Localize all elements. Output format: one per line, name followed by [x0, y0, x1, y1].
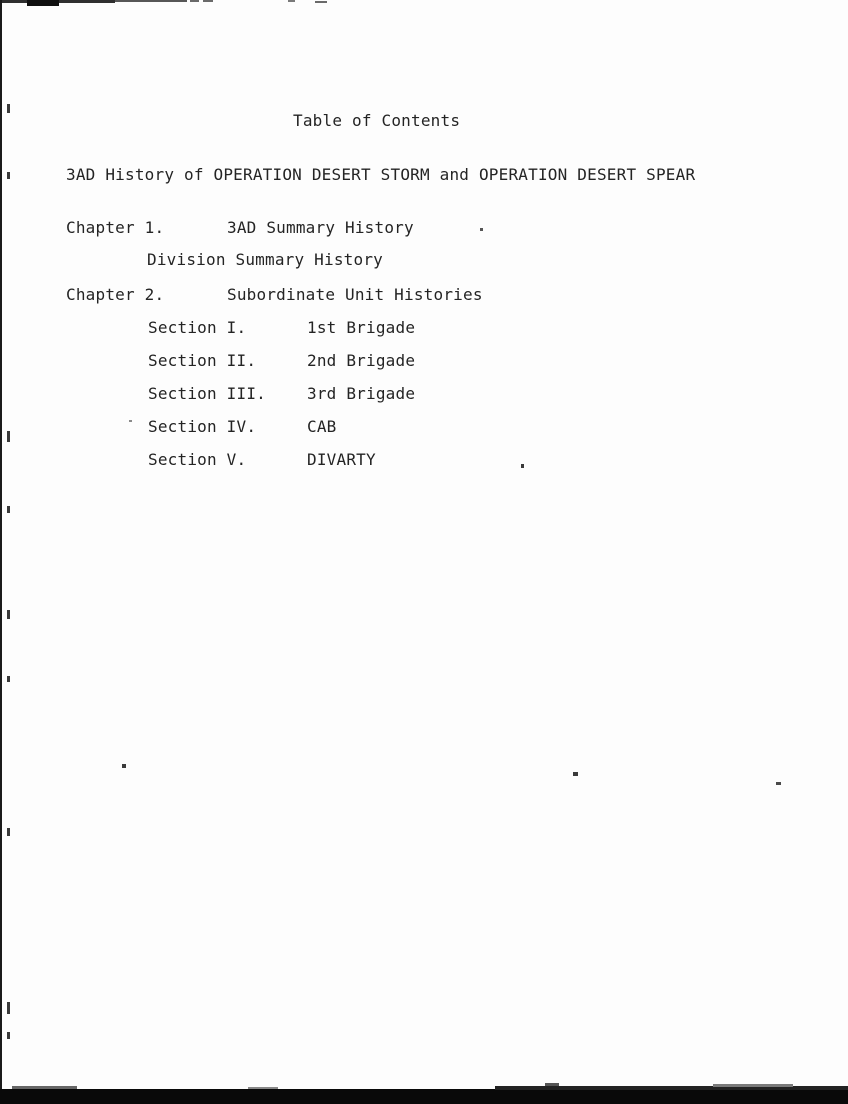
toc-entry-title: 1st Brigade: [307, 318, 415, 337]
toc-row-section-2: Section II. 2nd Brigade: [0, 351, 848, 371]
toc-entry-label: Section III.: [148, 384, 266, 403]
scan-edge-top-dash: [190, 0, 199, 2]
toc-entry-label: Section I.: [148, 318, 246, 337]
scan-edge-tick: [7, 1032, 10, 1039]
scan-edge-tick: [7, 431, 10, 442]
toc-row-division-summary: Division Summary History: [0, 250, 848, 270]
scan-edge-top-dash: [203, 0, 213, 2]
toc-entry-title: DIVARTY: [307, 450, 376, 469]
toc-entry-title: CAB: [307, 417, 337, 436]
scan-edge-bottom-shadow: [545, 1083, 559, 1086]
scan-edge-bottom: [0, 1089, 848, 1104]
toc-entry-title: Subordinate Unit Histories: [227, 285, 483, 304]
scan-edge-tick: [7, 610, 10, 619]
toc-row-section-3: Section III. 3rd Brigade: [0, 384, 848, 404]
scan-edge-bottom-shadow: [12, 1086, 77, 1089]
scan-edge-bottom: [495, 1086, 848, 1090]
toc-entry-label: Chapter 2.: [66, 285, 164, 304]
ink-speck: [521, 464, 524, 468]
page-title: Table of Contents: [293, 112, 460, 130]
scan-edge-tick: [7, 506, 10, 513]
scan-edge-bottom-shadow: [713, 1084, 793, 1087]
scan-edge-top: [115, 0, 187, 2]
toc-row-section-5: Section V. DIVARTY: [0, 450, 848, 470]
scan-edge-tick: [7, 104, 10, 113]
toc-entry-title: 2nd Brigade: [307, 351, 415, 370]
toc-entry-title: 3AD Summary History: [227, 218, 414, 237]
ink-speck: [122, 764, 126, 768]
ink-speck: [573, 772, 578, 776]
toc-row-chapter-1: Chapter 1. 3AD Summary History: [0, 218, 848, 238]
ink-speck: [776, 782, 781, 785]
scan-edge-top-blob: [27, 0, 59, 6]
toc-entry-title: 3rd Brigade: [307, 384, 415, 403]
toc-entry-label: Chapter 1.: [66, 218, 164, 237]
toc-entry-title: Division Summary History: [147, 250, 383, 269]
toc-entry-label: Section II.: [148, 351, 256, 370]
scan-edge-left: [0, 0, 2, 1104]
scan-edge-bottom-shadow: [248, 1087, 278, 1089]
document-heading: 3AD History of OPERATION DESERT STORM an…: [66, 166, 695, 184]
scan-edge-tick: [7, 1002, 10, 1014]
toc-row-section-4: Section IV. CAB: [0, 417, 848, 437]
scan-edge-tick: [7, 676, 10, 682]
scan-edge-tick: [7, 828, 10, 836]
scanned-document-page: Table of Contents 3AD History of OPERATI…: [0, 0, 848, 1104]
toc-row-chapter-2: Chapter 2. Subordinate Unit Histories: [0, 285, 848, 305]
scan-edge-tick: [7, 172, 10, 179]
ink-speck: [480, 228, 483, 231]
ink-speck: [129, 420, 132, 422]
toc-row-section-1: Section I. 1st Brigade: [0, 318, 848, 338]
scan-edge-top-dash: [288, 0, 295, 2]
toc-entry-label: Section IV.: [148, 417, 256, 436]
toc-entry-label: Section V.: [148, 450, 246, 469]
scan-edge-top-dash: [315, 1, 327, 3]
